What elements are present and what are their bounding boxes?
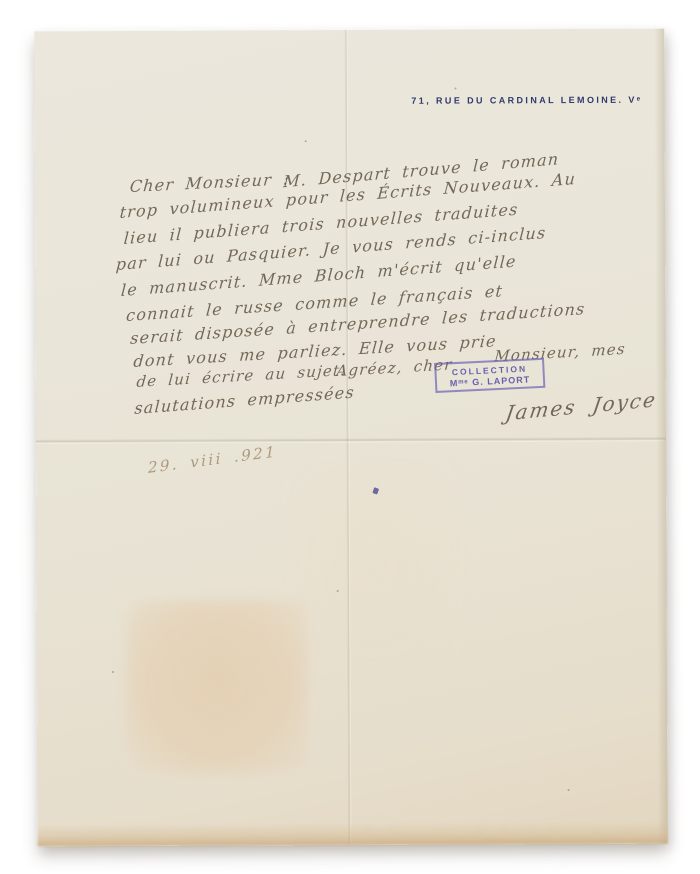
paper-speck: [454, 88, 456, 90]
paper-speck: [568, 789, 570, 791]
letter-photo: 71, RUE DU CARDINAL LEMOINE. Vᵉ Cher Mon…: [0, 0, 700, 874]
paper-speck: [112, 671, 114, 673]
paper-speck: [305, 140, 307, 142]
paper-discoloration: [286, 460, 457, 671]
paper-stain: [126, 600, 309, 773]
paper-bottom-aged-edge: [38, 822, 668, 847]
collection-stamp: COLLECTION Mᵐᵉ G. LAPORT: [434, 358, 545, 393]
paper-right-edge-shading: [654, 29, 668, 844]
horizontal-fold-crease: [36, 437, 666, 445]
handwritten-date: 29. viii .921: [148, 442, 278, 477]
letter-paper: 71, RUE DU CARDINAL LEMOINE. Vᵉ Cher Mon…: [34, 29, 668, 847]
printed-letterhead-address: 71, RUE DU CARDINAL LEMOINE. Vᵉ: [411, 95, 642, 106]
signature: James Joyce: [504, 387, 659, 425]
paper-speck: [337, 590, 339, 592]
